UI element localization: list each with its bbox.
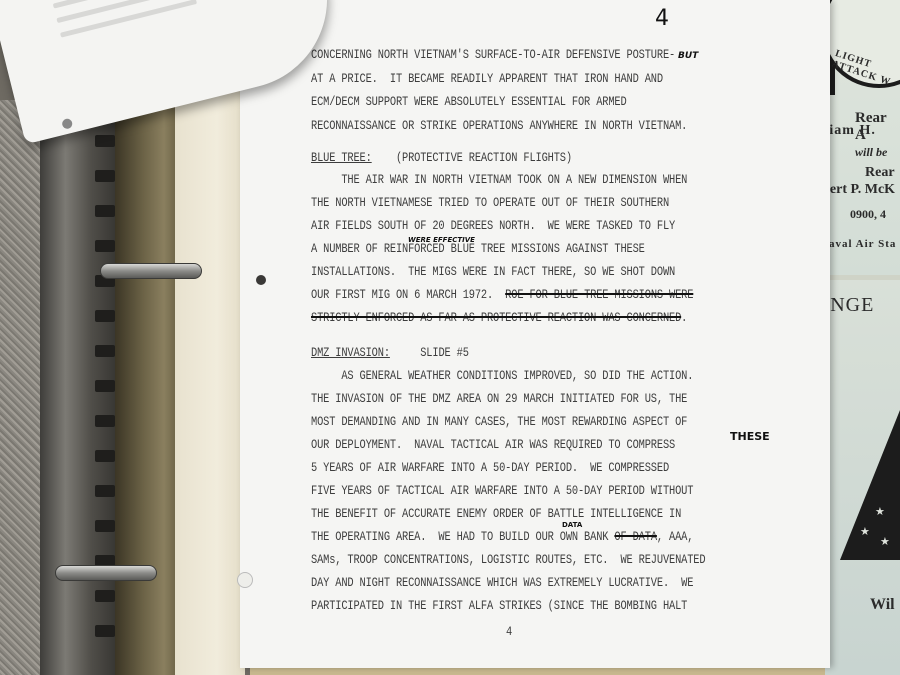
- binder-hinge: [95, 135, 115, 147]
- struck-text: OF DATA: [614, 529, 656, 544]
- text-line: THE INVASION OF THE DMZ AREA ON 29 MARCH…: [311, 391, 687, 406]
- text-line: RECONNAISSANCE OR STRIKE OPERATIONS ANYW…: [311, 118, 687, 133]
- text-line: FIVE YEARS OF TACTICAL AIR WARFARE INTO …: [311, 483, 693, 498]
- section-heading: DMZ INVASION:: [311, 345, 390, 360]
- section-heading-line: DMZ INVASION: SLIDE #5: [311, 345, 469, 360]
- divider-sheet: [175, 75, 245, 675]
- binder-hinge: [95, 310, 115, 322]
- binder-ring: [55, 565, 157, 581]
- handwritten-insert: THESE: [730, 430, 770, 443]
- typed-page-number: 4: [506, 624, 512, 639]
- binder-hinge: [95, 170, 115, 182]
- section-heading: BLUE TREE:: [311, 150, 372, 165]
- handwritten-insert: DATA: [562, 521, 582, 529]
- text-line: SAMs, TROOP CONCENTRATIONS, LOGISTIC ROU…: [311, 552, 705, 567]
- text-line: CONCERNING NORTH VIETNAM'S SURFACE-TO-AI…: [311, 47, 675, 62]
- text-line: THE NORTH VIETNAMESE TRIED TO OPERATE OU…: [311, 195, 669, 210]
- struck-text: STRICTLY ENFORCED AS FAR AS PROTECTIVE R…: [311, 310, 681, 325]
- text-line: THE BENEFIT OF ACCURATE ENEMY ORDER OF B…: [311, 506, 681, 521]
- card-line: Rear: [865, 165, 895, 181]
- text-line: INSTALLATIONS. THE MIGS WERE IN FACT THE…: [311, 264, 675, 279]
- binder-hinge: [95, 625, 115, 637]
- faint-text: [60, 0, 197, 38]
- binder-hinge: [95, 345, 115, 357]
- card-line: 0900, 4: [850, 207, 886, 222]
- binder-hinge: [95, 450, 115, 462]
- text-line: PARTICIPATED IN THE FIRST ALFA STRIKES (…: [311, 598, 687, 613]
- struck-text: ROE FOR BLUE TREE MISSIONS WERE: [505, 287, 693, 302]
- handwritten-insert: WERE EFFECTIVE: [408, 236, 475, 244]
- binder-ring: [100, 263, 202, 279]
- handwritten-insert: BUT: [678, 51, 698, 61]
- text-line: THE OPERATING AREA. WE HAD TO BUILD OUR …: [311, 529, 693, 544]
- text-line: A NUMBER OF REINFORCED BLUE TREE MISSION…: [311, 241, 645, 256]
- text-line: MOST DEMANDING AND IN MANY CASES, THE MO…: [311, 414, 687, 429]
- text-line: AIR FIELDS SOUTH OF 20 DEGREES NORTH. WE…: [311, 218, 675, 233]
- flag-triangle-icon: [840, 410, 900, 560]
- punch-hole: [61, 118, 73, 130]
- text-line: THE AIR WAR IN NORTH VIETNAM TOOK ON A N…: [311, 172, 687, 187]
- text-line: OUR DEPLOYMENT. NAVAL TACTICAL AIR WAS R…: [311, 437, 675, 452]
- text-line: OUR FIRST MIG ON 6 MARCH 1972. ROE FOR B…: [311, 287, 693, 302]
- binder-hinge: [95, 380, 115, 392]
- handwritten-page-number: 4: [655, 6, 669, 31]
- typed-document-page: 4 CONCERNING NORTH VIETNAM'S SURFACE-TO-…: [240, 0, 830, 668]
- card-line: Naval Air Sta: [820, 238, 896, 250]
- punch-hole: [256, 275, 266, 285]
- binder-hinge: [95, 590, 115, 602]
- binder-hinge: [95, 240, 115, 252]
- binder-hinge: [95, 415, 115, 427]
- text-line: STRICTLY ENFORCED AS FAR AS PROTECTIVE R…: [311, 310, 687, 325]
- text-line: AT A PRICE. IT BECAME READILY APPARENT T…: [311, 71, 663, 86]
- text-line: DAY AND NIGHT RECONNAISSANCE WHICH WAS E…: [311, 575, 693, 590]
- section-note: (PROTECTIVE REACTION FLIGHTS): [396, 150, 572, 165]
- text-line: 5 YEARS OF AIR WARFARE INTO A 50-DAY PER…: [311, 460, 669, 475]
- binder-hinge: [95, 520, 115, 532]
- binder-hinge: [95, 205, 115, 217]
- binder-hinge: [95, 485, 115, 497]
- text-line: ECM/DECM SUPPORT WERE ABSOLUTELY ESSENTI…: [311, 94, 627, 109]
- card-line: will be: [855, 145, 887, 160]
- punch-hole: [237, 572, 253, 588]
- section-note: SLIDE #5: [420, 345, 469, 360]
- section-heading-line: BLUE TREE: (PROTECTIVE REACTION FLIGHTS): [311, 150, 572, 165]
- card-name-fragment: Wil: [870, 596, 895, 614]
- text-line: AS GENERAL WEATHER CONDITIONS IMPROVED, …: [311, 368, 693, 383]
- binder-spine: [40, 95, 125, 675]
